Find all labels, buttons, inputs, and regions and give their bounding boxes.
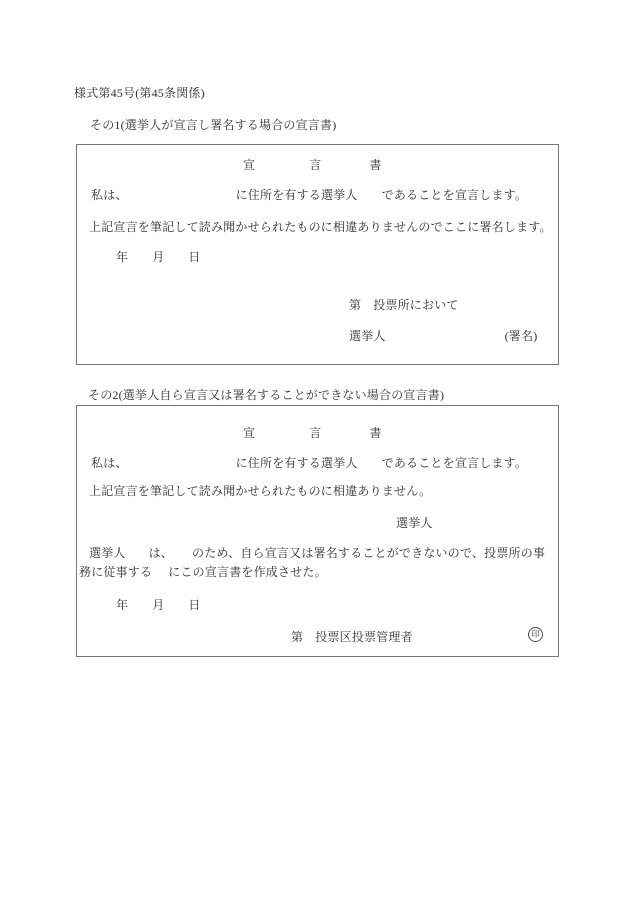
month-label: 月 [152,250,164,264]
reason-text: にこの宣言書を作成させた。 [168,565,327,579]
year-label: 年 [116,598,128,612]
title-gap [255,436,309,437]
reason-line-1: 選挙人は、のため、自ら宣言又は署名することができないので、投票所の事 [89,546,545,560]
polling-place-line-1: 第投票所において [349,298,459,312]
confirmation-line-2: 上記宣言を筆記して読み聞かせられたものに相違ありません。 [89,484,431,498]
section1-heading: その1(選挙人が宣言し署名する場合の宣言書) [90,118,336,132]
date-line-1: 年月日 [116,250,201,264]
declaration-title-1: 宣言書 [243,158,382,172]
reason-blank-field [173,556,192,557]
month-blank-field [164,608,188,609]
polling-no-blank-field [361,308,373,309]
day-label: 日 [188,250,200,264]
confirmation-line-1: 上記宣言を筆記して読み聞かせられたものに相違ありませんのでここに署名します。 [89,220,552,234]
title-char: 書 [369,158,381,172]
address-blank-field [128,198,236,199]
declaration-title-2: 宣言書 [243,426,382,440]
title-gap [255,168,309,169]
reason-wa-label: は、 [149,546,173,560]
title-char: 宣 [243,158,255,172]
manager-no-label: 第 [291,630,303,644]
date-line-2: 年月日 [116,598,201,612]
declaration-post: であることを宣言します。 [382,188,527,202]
manager-line: 第投票区投票管理者 [291,630,413,644]
name-blank-field [358,466,382,467]
title-gap [321,436,369,437]
title-char: 言 [309,426,321,440]
seal-icon: 印 [528,627,543,642]
year-blank-field [128,608,152,609]
reason-line-2: 務に従事するにこの宣言書を作成させた。 [79,565,327,579]
declaration-pre: 私は、 [91,456,128,470]
elector-label: 選挙人 [349,329,386,343]
elector-signature-line-1: 選挙人(署名) [349,329,537,343]
declaration-line-2: 私は、に住所を有する選挙人であることを宣言します。 [91,456,527,470]
form-page: 様式第45号(第45条関係) その1(選挙人が宣言し署名する場合の宣言書) 宣言… [0,0,630,915]
address-blank-field [128,466,236,467]
manager-no-blank-field [303,640,315,641]
declaration-mid: に住所を有する選挙人 [236,456,358,470]
day-label: 日 [188,598,200,612]
elector-line-2: 選挙人 [396,516,433,530]
declaration-box-2: 宣言書 私は、に住所を有する選挙人であることを宣言します。 上記宣言を筆記して読… [76,405,559,657]
signature-label: (署名) [505,329,538,343]
polling-no-label: 第 [349,298,361,312]
manager-title-label: 投票区投票管理者 [315,630,413,644]
signature-blank-field [386,339,505,340]
year-blank-field [128,260,152,261]
polling-place-label: 投票所において [373,298,458,312]
name-blank-field [358,198,382,199]
section2-heading: その2(選挙人自ら宣言又は署名することができない場合の宣言書) [88,388,444,402]
declaration-box-1: 宣言書 私は、に住所を有する選挙人であることを宣言します。 上記宣言を筆記して読… [76,144,559,365]
title-char: 言 [309,158,321,172]
declaration-line-1: 私は、に住所を有する選挙人であることを宣言します。 [91,188,527,202]
declaration-mid: に住所を有する選挙人 [236,188,358,202]
title-char: 宣 [243,426,255,440]
reason-text: のため、自ら宣言又は署名することができないので、投票所の事 [192,546,545,560]
declaration-pre: 私は、 [91,188,128,202]
form-number-label: 様式第45号(第45条関係) [74,86,205,100]
title-char: 書 [369,426,381,440]
declaration-post: であることを宣言します。 [382,456,527,470]
clerk-name-blank-field [152,575,168,576]
elector-name-blank-field [126,556,149,557]
reason-elector-label: 選挙人 [89,546,126,560]
year-label: 年 [116,250,128,264]
month-label: 月 [152,598,164,612]
month-blank-field [164,260,188,261]
reason-text: 務に従事する [79,565,152,579]
title-gap [321,168,369,169]
